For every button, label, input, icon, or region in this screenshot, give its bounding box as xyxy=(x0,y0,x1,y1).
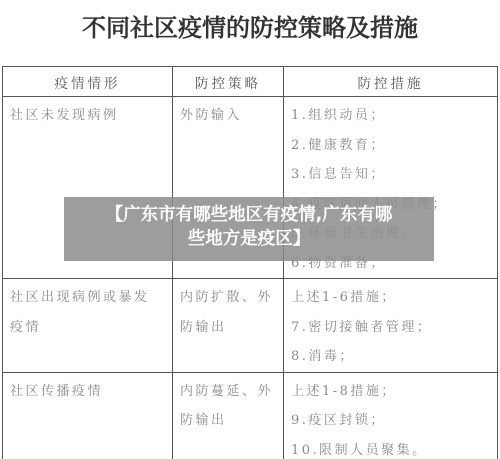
overlay-caption-line: 些地方是疫区】 xyxy=(64,227,434,251)
table-row: 社区传播疫情 内防蔓延、外 防输出 上述1-8措施； 9.疫区封锁； 10.限制… xyxy=(3,372,498,459)
table-row: 社区出现病例或暴发 疫情 内防扩散、外 防输出 上述1-6措施； 7.密切接触者… xyxy=(3,279,498,373)
measure-item: 1.组织动员； xyxy=(291,101,491,131)
strategy-text: 防输出 xyxy=(180,313,277,343)
caption-overlay-banner: 【广东市有哪些地区有疫情,广东有哪 些地方是疫区】 xyxy=(64,197,434,261)
document-title: 不同社区疫情的防控策略及措施 xyxy=(0,8,500,43)
strategy-cell: 内防扩散、外 防输出 xyxy=(173,279,284,373)
measures-cell: 上述1-6措施； 7.密切接触者管理； 8.消毒； xyxy=(284,279,498,373)
strategy-cell: 内防蔓延、外 防输出 xyxy=(173,372,284,459)
situation-cell: 社区出现病例或暴发 疫情 xyxy=(3,279,173,373)
overlay-caption-line: 【广东市有哪些地区有疫情,广东有哪 xyxy=(64,203,434,227)
strategy-text: 内防扩散、外 xyxy=(180,283,277,313)
strategy-text: 内防蔓延、外 xyxy=(180,377,277,407)
situation-text: 疫情 xyxy=(10,313,166,343)
measure-item: 2.健康教育； xyxy=(291,131,491,161)
measures-cell: 上述1-8措施； 9.疫区封锁； 10.限制人员聚集。 xyxy=(284,372,498,459)
column-header-strategy: 防控策略 xyxy=(173,67,284,97)
situation-text: 社区传播疫情 xyxy=(10,377,166,407)
measure-item: 10.限制人员聚集。 xyxy=(291,436,491,459)
table-header-row: 疫情情形 防控策略 防控措施 xyxy=(3,67,498,97)
strategy-text: 外防输入 xyxy=(180,101,277,131)
column-header-measures: 防控措施 xyxy=(284,67,498,97)
measure-item: 3.信息告知； xyxy=(291,160,491,190)
prevention-measures-table: 疫情情形 防控策略 防控措施 社区未发现病例 外防输入 1.组织动员； 2.健康… xyxy=(2,66,498,459)
situation-text: 社区出现病例或暴发 xyxy=(10,283,166,313)
measure-item: 9.疫区封锁； xyxy=(291,406,491,436)
column-header-situation: 疫情情形 xyxy=(3,67,173,97)
measure-item: 上述1-6措施； xyxy=(291,283,491,313)
measure-item: 8.消毒； xyxy=(291,342,491,372)
situation-cell: 社区传播疫情 xyxy=(3,372,173,459)
situation-text: 社区未发现病例 xyxy=(10,101,166,131)
measure-item: 上述1-8措施； xyxy=(291,377,491,407)
measure-item: 7.密切接触者管理； xyxy=(291,313,491,343)
strategy-text: 防输出 xyxy=(180,406,277,436)
